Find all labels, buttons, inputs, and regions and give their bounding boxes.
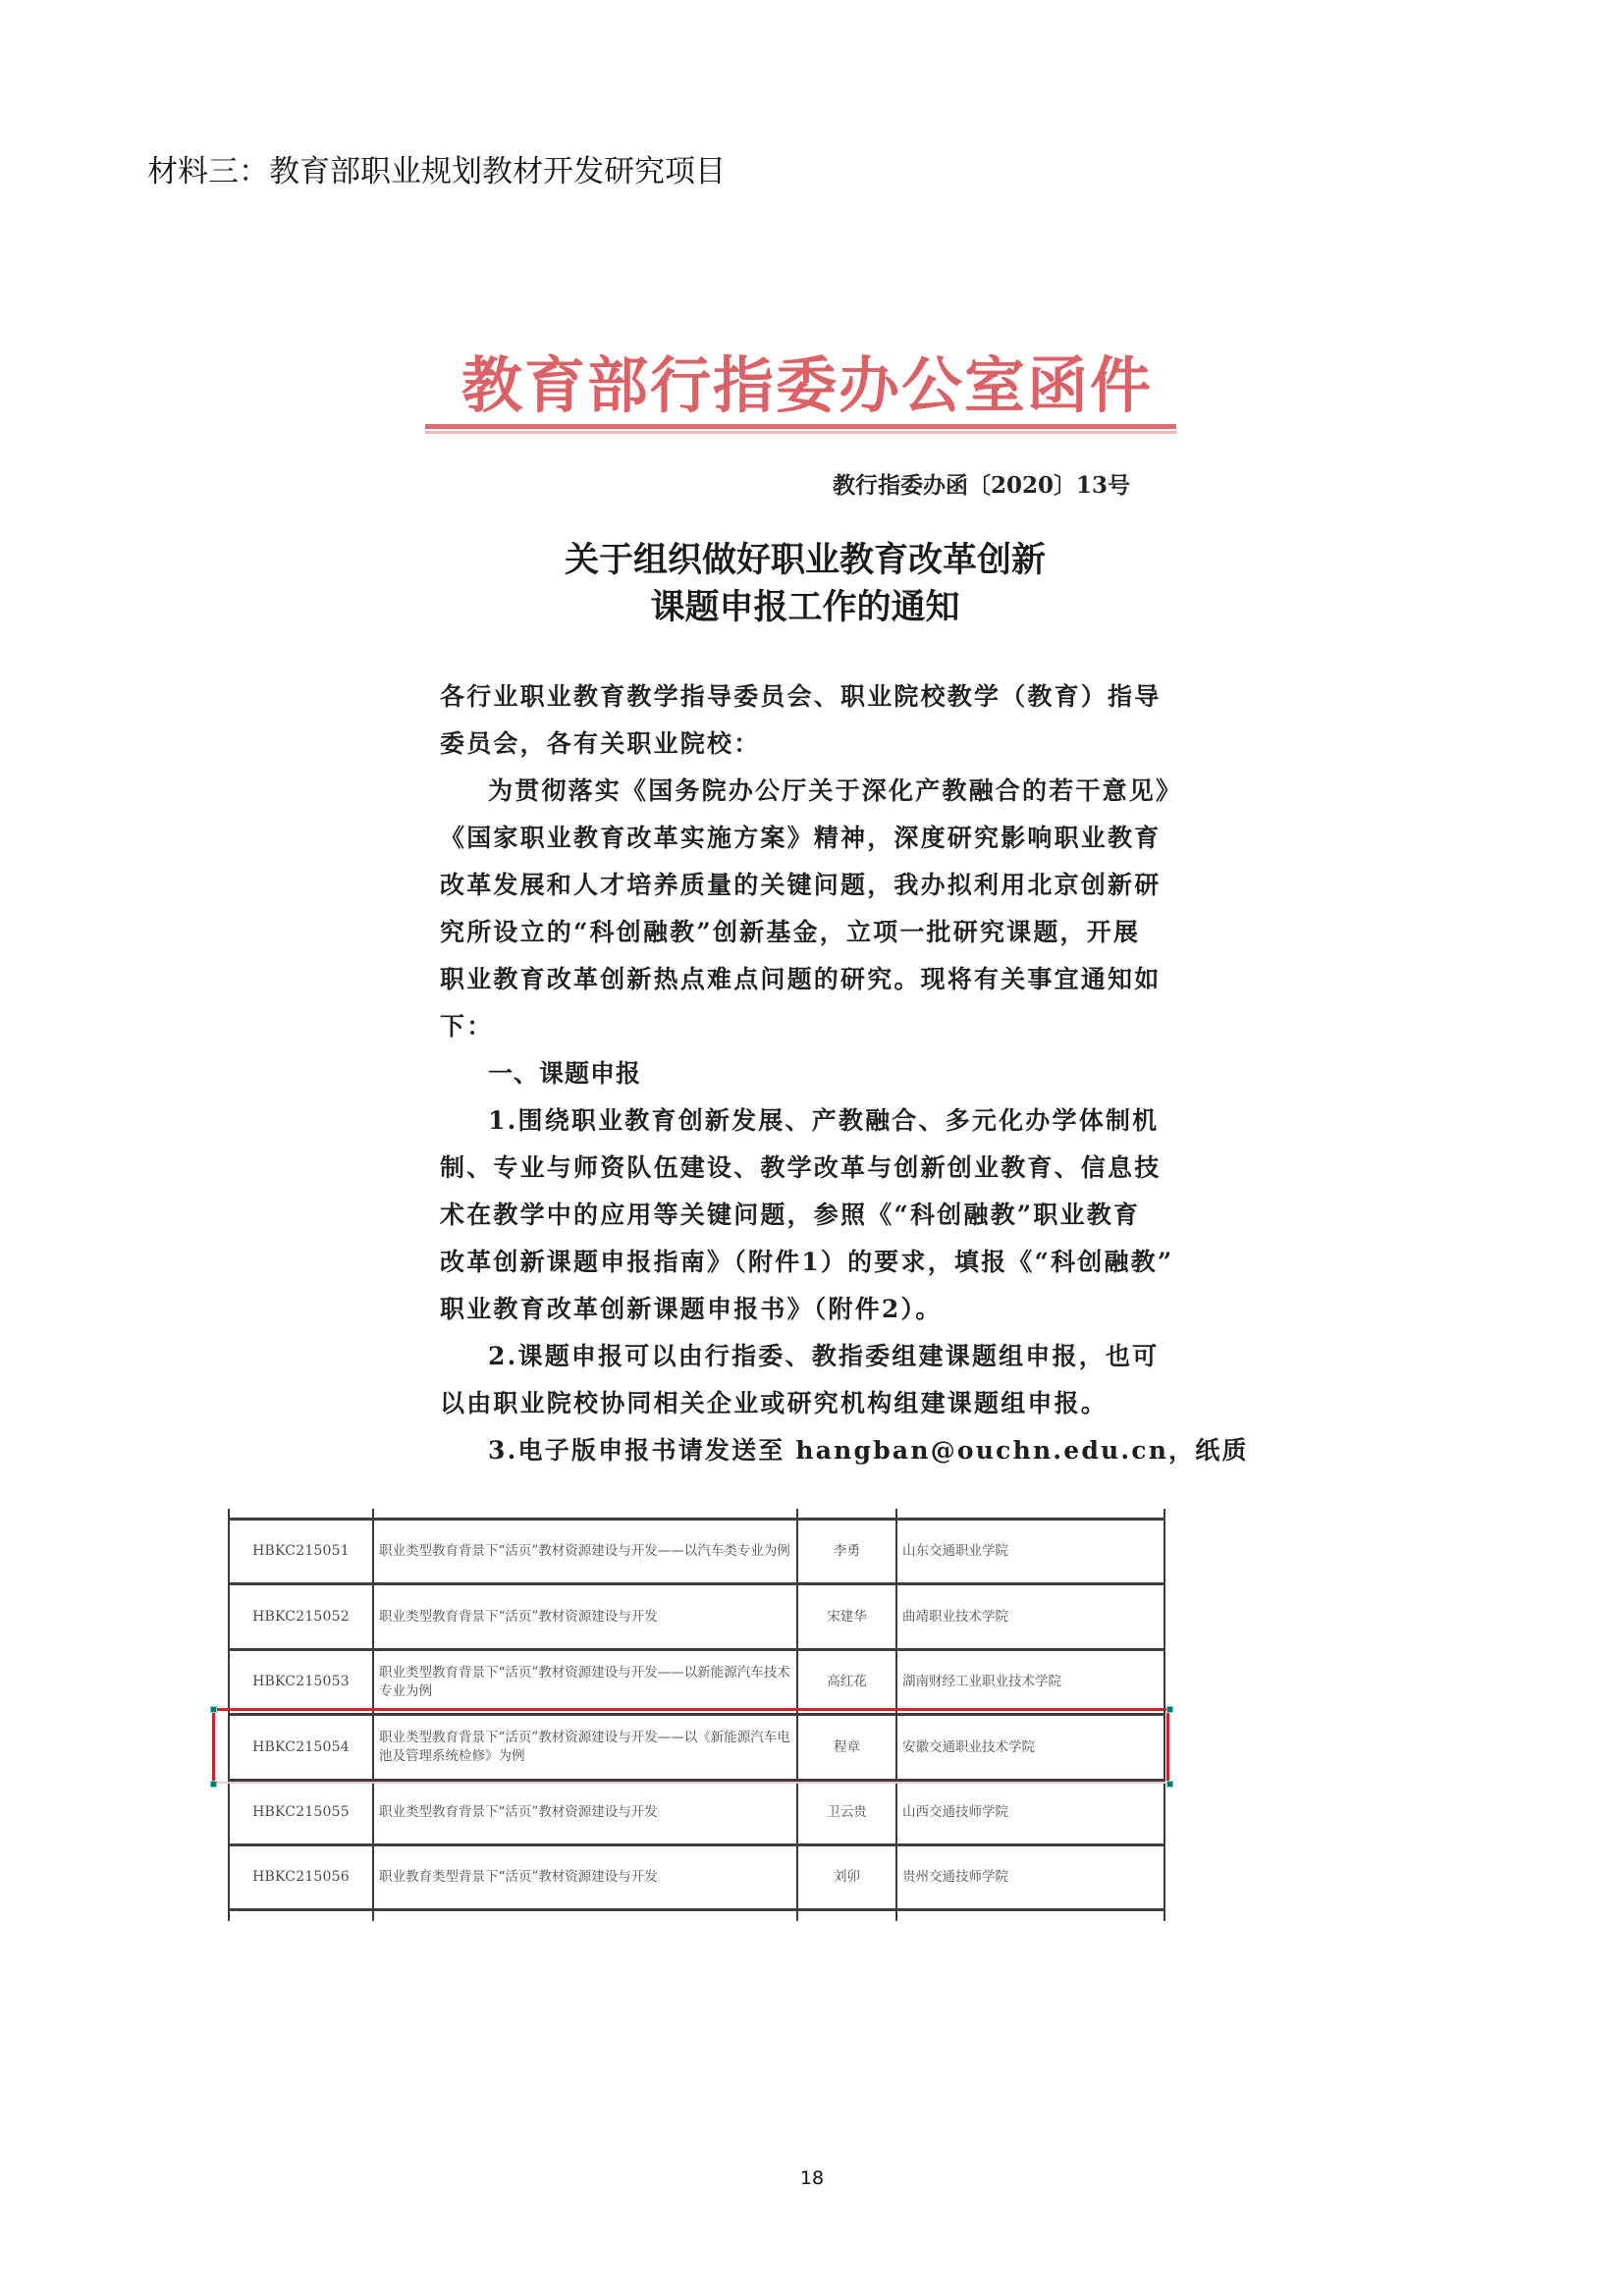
letterhead: 教育部行指委办公室函件 bbox=[461, 351, 1153, 420]
institution: 曲靖职业技术学院 bbox=[897, 1585, 1164, 1648]
project-title: 职业教育类型背景下“活页”教材资源建设与开发 bbox=[374, 1846, 796, 1908]
project-code: HBKC215056 bbox=[230, 1846, 372, 1908]
resize-handle bbox=[1166, 1781, 1173, 1788]
resize-handle bbox=[210, 1706, 217, 1713]
body-line: 究所设立的“科创融教”创新基金，立项一批研究课题，开展 bbox=[440, 916, 1140, 949]
project-title: 职业类型教育背景下“活页”教材资源建设与开发 bbox=[374, 1585, 796, 1648]
body-line: 各行业职业教育教学指导委员会、职业院校教学（教育）指导 bbox=[440, 680, 1161, 714]
notice-title-line2: 课题申报工作的通知 bbox=[412, 585, 1198, 630]
document-number: 教行指委办函〔2020〕13号 bbox=[833, 471, 1130, 501]
body-line: 职业教育改革创新课题申报书》（附件2）。 bbox=[440, 1293, 942, 1326]
body-line: 改革创新课题申报指南》（附件1）的要求，填报《“科创融教” bbox=[440, 1246, 1173, 1279]
notice-title-line1: 关于组织做好职业教育改革创新 bbox=[412, 538, 1198, 583]
project-code: HBKC215052 bbox=[230, 1585, 372, 1648]
body-line: 为贯彻落实《国务院办公厅关于深化产教融合的若干意见》 bbox=[488, 774, 1182, 808]
body-line: 以由职业院校协同相关企业或研究机构组建课题组申报。 bbox=[440, 1387, 1108, 1420]
body-line: 术在教学中的应用等关键问题，参照《“科创融教”职业教育 bbox=[440, 1199, 1140, 1232]
project-leader: 刘卯 bbox=[798, 1846, 895, 1908]
body-line: 3.电子版申报书请发送至 hangban@ouchn.edu.cn，纸质 bbox=[488, 1434, 1249, 1468]
body-line: 下： bbox=[440, 1010, 493, 1043]
project-leader: 卫云贵 bbox=[798, 1782, 895, 1843]
resize-handle bbox=[210, 1781, 217, 1788]
page-number: 18 bbox=[0, 2166, 1624, 2190]
project-title: 职业类型教育背景下“活页”教材资源建设与开发——以新能源汽车技术专业为例 bbox=[374, 1651, 796, 1713]
institution: 贵州交通技师学院 bbox=[897, 1846, 1164, 1908]
body-line: 《国家职业教育改革实施方案》精神，深度研究影响职业教育 bbox=[440, 822, 1161, 855]
body-line: 职业教育改革创新热点难点问题的研究。现将有关事宜通知如 bbox=[440, 963, 1161, 996]
section-title: 一、课题申报 bbox=[488, 1057, 641, 1091]
letterhead-rule-secondary bbox=[425, 431, 1176, 434]
section-heading: 材料三：教育部职业规划教材开发研究项目 bbox=[147, 152, 726, 191]
body-line: 2.课题申报可以由行指委、教指委组建课题组申报，也可 bbox=[488, 1340, 1159, 1373]
project-leader: 高红花 bbox=[798, 1651, 895, 1713]
institution: 山西交通技师学院 bbox=[897, 1782, 1164, 1843]
resize-handle bbox=[1166, 1706, 1173, 1713]
project-title: 职业类型教育背景下“活页”教材资源建设与开发 bbox=[374, 1782, 796, 1843]
institution: 山东交通职业学院 bbox=[897, 1521, 1164, 1582]
letterhead-rule bbox=[425, 424, 1176, 429]
institution: 湖南财经工业职业技术学院 bbox=[897, 1651, 1164, 1713]
project-leader: 李勇 bbox=[798, 1521, 895, 1582]
body-line: 改革发展和人才培养质量的关键问题，我办拟利用北京创新研 bbox=[440, 869, 1161, 902]
body-line: 1.围绕职业教育创新发展、产教融合、多元化办学体制机 bbox=[488, 1104, 1159, 1138]
project-code: HBKC215053 bbox=[230, 1651, 372, 1713]
body-line: 制、专业与师资队伍建设、教学改革与创新创业教育、信息技 bbox=[440, 1151, 1161, 1185]
table-row-border bbox=[228, 1908, 1165, 1911]
project-code: HBKC215051 bbox=[230, 1521, 372, 1582]
project-code: HBKC215055 bbox=[230, 1782, 372, 1843]
highlight-box bbox=[212, 1708, 1169, 1784]
project-title: 职业类型教育背景下“活页”教材资源建设与开发——以汽车类专业为例 bbox=[374, 1521, 796, 1582]
body-line: 委员会，各有关职业院校： bbox=[440, 727, 760, 761]
project-leader: 宋建华 bbox=[798, 1585, 895, 1648]
